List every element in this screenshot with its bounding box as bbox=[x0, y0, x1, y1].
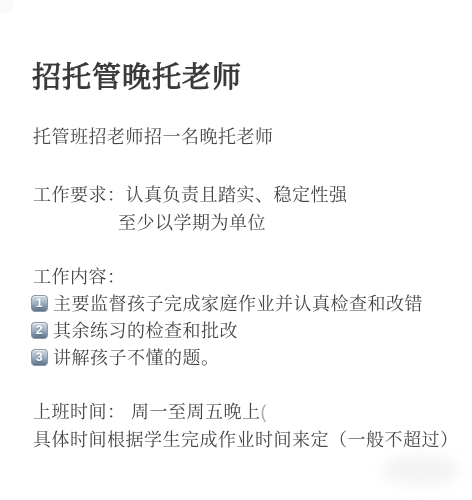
requirements-text: 认真负责且踏实、稳定性强 bbox=[126, 185, 348, 205]
keycap-1-icon: 1 bbox=[31, 295, 48, 312]
subtitle: 托管班招老师招一名晚托老师 bbox=[33, 126, 274, 148]
duty-text: 讲解孩子不懂的题。 bbox=[53, 344, 220, 370]
duty-item: 3 讲解孩子不懂的题。 bbox=[31, 344, 220, 370]
keycap-2-icon: 2 bbox=[31, 322, 48, 339]
job-notice-page: 招托管晚托老师 托管班招老师招一名晚托老师 工作要求：认真负责且踏实、稳定性强 … bbox=[0, 0, 472, 500]
schedule-value: 周一至周五晚上 bbox=[131, 402, 261, 422]
smudge-artifact bbox=[382, 454, 460, 486]
schedule-line: 上班时间： 周一至周五晚上( bbox=[33, 401, 267, 423]
duty-item: 2 其余练习的检查和批改 bbox=[31, 317, 238, 343]
schedule-faded-paren: ( bbox=[261, 402, 268, 422]
requirements-line: 工作要求：认真负责且踏实、稳定性强 bbox=[33, 184, 348, 206]
requirements-line-2: 至少以学期为单位 bbox=[118, 212, 266, 234]
keycap-3-icon: 3 bbox=[31, 349, 48, 366]
schedule-note: 具体时间根据学生完成作业时间来定（一般不超过） bbox=[33, 429, 459, 451]
duty-item: 1 主要监督孩子完成家庭作业并认真检查和改错 bbox=[31, 290, 423, 316]
duty-text: 其余练习的检查和批改 bbox=[53, 317, 238, 343]
page-title: 招托管晚托老师 bbox=[32, 55, 242, 96]
corner-artifact bbox=[0, 0, 13, 13]
duty-text: 主要监督孩子完成家庭作业并认真检查和改错 bbox=[53, 290, 423, 316]
requirements-label: 工作要求： bbox=[33, 185, 126, 205]
duties-label: 工作内容： bbox=[33, 266, 126, 288]
schedule-label: 上班时间： bbox=[33, 402, 126, 422]
